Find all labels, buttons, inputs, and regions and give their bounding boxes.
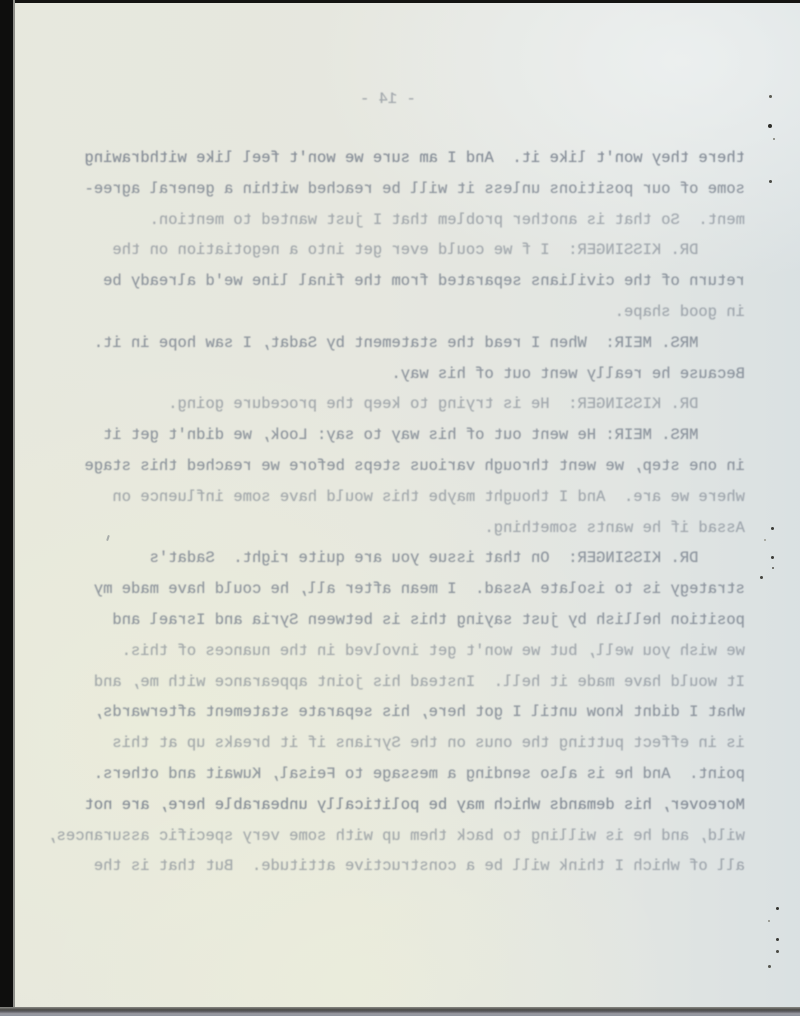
typed-text-line: Moreover, his demands which may be polit… bbox=[47, 790, 745, 821]
typed-text-line: MRS. MEIR: When I read the statement by … bbox=[47, 328, 745, 359]
typed-text-line: DR. KISSINGER: On that issue you are qui… bbox=[47, 543, 745, 574]
typed-text-line: is in effect putting the onus on the Syr… bbox=[47, 728, 745, 759]
typed-text-line: point. And he is also sending a message … bbox=[47, 759, 745, 790]
typed-text-line: MRS. MEIR: He went out of his way to say… bbox=[47, 420, 745, 451]
scanned-document-screenshot: { "document": { "page_number": "- 14 -",… bbox=[0, 0, 800, 1016]
scan-edge-bottom bbox=[0, 1007, 800, 1016]
page-number: - 14 - bbox=[328, 90, 448, 108]
typed-text-line: Assad if he wants something. bbox=[47, 513, 745, 544]
scan-speck bbox=[768, 124, 772, 128]
scan-speck bbox=[768, 920, 770, 922]
typed-text-line: position hellish by just saying this is … bbox=[47, 605, 745, 636]
typed-text-line: there they won't like it. And I am sure … bbox=[47, 143, 745, 174]
scan-speck bbox=[772, 567, 774, 569]
scan-speck bbox=[776, 950, 779, 953]
scan-speck bbox=[769, 95, 772, 98]
typed-text-line: wild, and he is willing to back them up … bbox=[47, 821, 745, 852]
scan-speck bbox=[773, 138, 775, 140]
typed-text-block: there they won't like it. And I am sure … bbox=[47, 143, 745, 882]
scan-speck bbox=[776, 907, 779, 910]
scan-speck bbox=[771, 527, 774, 530]
typed-text-line: in good shape. bbox=[47, 297, 745, 328]
typed-text-line: we wish you well, but we won't get invol… bbox=[47, 636, 745, 667]
typed-text-line: some of our positions unless it will be … bbox=[47, 174, 745, 205]
scan-edge-left bbox=[0, 0, 15, 1008]
typed-text-line: Because he really went out of his way. bbox=[47, 359, 745, 390]
scan-speck bbox=[760, 576, 763, 579]
typed-text-line: ment. So that is another problem that I … bbox=[47, 205, 745, 236]
scan-speck bbox=[776, 938, 779, 941]
scan-speck bbox=[764, 539, 766, 541]
typed-text-line: what I didnt know until I got here, his … bbox=[47, 697, 745, 728]
typed-text-line: return of the civilians separated from t… bbox=[47, 266, 745, 297]
typed-text-line: all of which I think will be a construct… bbox=[47, 851, 745, 882]
scan-speck bbox=[771, 556, 774, 559]
typed-text-line: It would have made it hell. Instead his … bbox=[47, 667, 745, 698]
scan-speck bbox=[769, 180, 772, 183]
scanned-page: - 14 - there they won't like it. And I a… bbox=[0, 0, 800, 1016]
typed-text-line: where we are. And I thought maybe this w… bbox=[47, 482, 745, 513]
typed-text-line: DR. KISSINGER: He is trying to keep the … bbox=[47, 389, 745, 420]
typed-text-line: DR. KISSINGER: I f we could ever get int… bbox=[47, 235, 745, 266]
typed-text-line: strategy is to isolate Assad. I mean aft… bbox=[47, 574, 745, 605]
bleed-through-text-layer: - 14 - there they won't like it. And I a… bbox=[0, 0, 800, 1016]
typed-text-line: in one step, we went through various ste… bbox=[47, 451, 745, 482]
scan-speck bbox=[768, 965, 771, 968]
scan-edge-top bbox=[0, 0, 800, 3]
